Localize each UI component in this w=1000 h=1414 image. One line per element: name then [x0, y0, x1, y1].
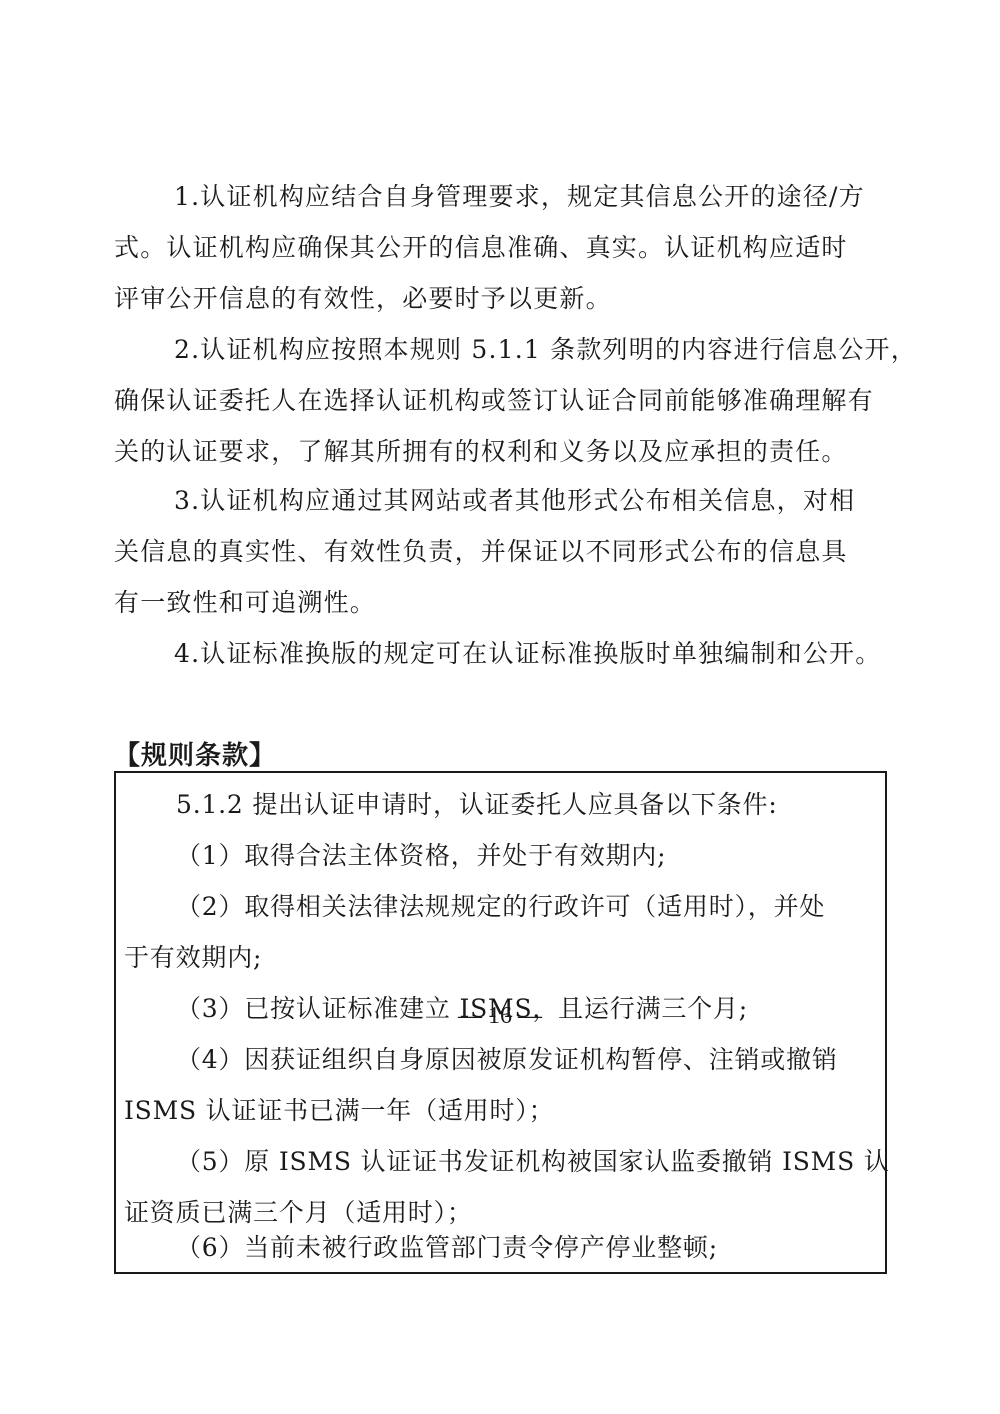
rules-section-heading: 【规则条款】	[114, 735, 276, 772]
paragraph-1-line-1: 1.认证机构应结合自身管理要求，规定其信息公开的途径/方	[114, 180, 886, 214]
condition-4-line-2: ISMS 认证证书已满一年（适用时）；	[124, 1094, 884, 1128]
paragraph-2-line-3: 关的认证要求，了解其所拥有的权利和义务以及应承担的责任。	[114, 435, 886, 469]
condition-6: （6）当前未被行政监管部门责令停产停业整顿;	[124, 1231, 884, 1265]
paragraph-1-line-3: 评审公开信息的有效性，必要时予以更新。	[114, 282, 886, 316]
condition-2-line-1: （2）取得相关法律法规规定的行政许可（适用时），并处	[124, 890, 884, 924]
condition-5-line-1: （5）原 ISMS 认证证书发证机构被国家认监委撤销 ISMS 认	[124, 1145, 884, 1179]
paragraph-4-line-1: 4.认证标准换版的规定可在认证标准换版时单独编制和公开。	[114, 637, 886, 671]
paragraph-3-line-2: 关信息的真实性、有效性负责，并保证以不同形式公布的信息具	[114, 535, 886, 569]
page-number: — 16 —	[0, 1003, 1000, 1030]
paragraph-1-line-2: 式。认证机构应确保其公开的信息准确、真实。认证机构应适时	[114, 231, 886, 265]
condition-4-line-1: （4）因获证组织自身原因被原发证机构暂停、注销或撤销	[124, 1043, 884, 1077]
paragraph-3-line-1: 3.认证机构应通过其网站或者其他形式公布相关信息，对相	[114, 484, 886, 518]
clause-5-1-2-title: 5.1.2 提出认证申请时，认证委托人应具备以下条件:	[124, 788, 884, 822]
condition-5-line-2: 证资质已满三个月（适用时）；	[124, 1196, 884, 1230]
condition-2-line-2: 于有效期内;	[124, 941, 884, 975]
condition-1: （1）取得合法主体资格，并处于有效期内;	[124, 839, 884, 873]
paragraph-2-line-2: 确保认证委托人在选择认证机构或签订认证合同前能够准确理解有	[114, 384, 886, 418]
document-page: 1.认证机构应结合自身管理要求，规定其信息公开的途径/方 式。认证机构应确保其公…	[0, 0, 1000, 1414]
paragraph-3-line-3: 有一致性和可追溯性。	[114, 586, 886, 620]
paragraph-2-line-1: 2.认证机构应按照本规则 5.1.1 条款列明的内容进行信息公开，	[114, 333, 886, 367]
